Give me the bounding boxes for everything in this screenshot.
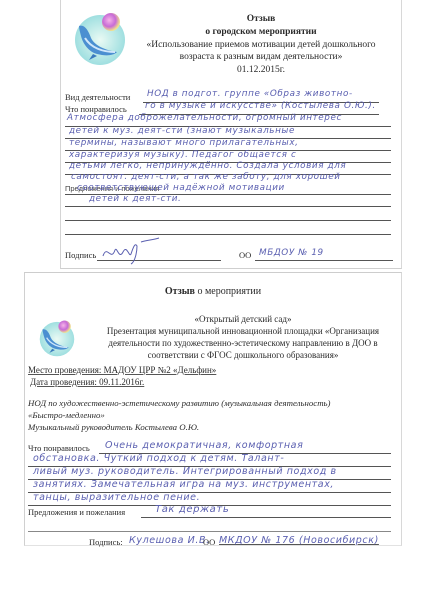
handwritten-line: Атмосфера доброжелательности, огромный и… — [67, 113, 342, 123]
presentation-line-2: деятельности по художественно-эстетическ… — [85, 337, 401, 349]
handwritten-suggestions: Так держать — [155, 504, 229, 515]
document-title: Отзыв — [165, 286, 195, 297]
handwritten-line: характеризуя музыку). Педагог общается с — [69, 150, 296, 160]
nod-description: НОД по художественно-эстетическому разви… — [28, 398, 330, 408]
handwritten-line: детей к деят-сти. — [89, 194, 181, 204]
handwritten-signature — [101, 236, 161, 266]
suggestions-line — [141, 517, 391, 518]
handwritten-line: соответствующей надёжной мотивации — [77, 183, 285, 193]
handwritten-signature: Кулешова И.В. — [129, 535, 210, 546]
document-title-rest: о мероприятии — [197, 286, 261, 297]
suggestions-label: Предложения и пожелания — [28, 507, 125, 517]
handwritten-line: Очень демократичная, комфортная — [105, 440, 303, 451]
handwritten-line: самостоят. деят-сти, а так же заботу, дл… — [71, 172, 341, 182]
handwritten-line: ливый муз. руководитель. Интегрированный… — [33, 466, 337, 477]
dolphin-with-ball-icon — [37, 317, 77, 357]
handwritten-line: термины, называют много прилагательных, — [69, 138, 299, 148]
handwritten-line: НОД в подгот. группе «Образ животно- — [147, 89, 353, 99]
handwritten-line: обстановка. Чуткий подход к детям. Талан… — [33, 453, 284, 464]
event-name-line-2: возраста к разным видам деятельности» — [131, 51, 391, 64]
event-date: Дата проведения: 09.11.2016г. — [30, 377, 144, 387]
nod-title: «Быстро-медленно» — [28, 410, 105, 420]
review-document-city-event: Отзыв о городском мероприятии «Использов… — [60, 0, 402, 269]
signature-label: Подпись — [65, 250, 96, 260]
liked-label: Что понравилось — [28, 443, 90, 453]
handwritten-organization: МБДОУ № 19 — [259, 248, 324, 258]
field-line — [65, 234, 391, 235]
event-date: 01.12.2015г. — [131, 64, 391, 77]
event-type: «Открытый детский сад» — [85, 313, 401, 325]
organization-line — [255, 260, 393, 261]
handwritten-line: танцы, выразительное пение. — [33, 492, 200, 503]
handwritten-organization: МКДОУ № 176 (Новосибирск) — [219, 535, 379, 546]
field-line — [65, 206, 391, 207]
organization-label: ОО — [239, 250, 251, 260]
presentation-line-1: Презентация муниципальной инновационной … — [85, 325, 401, 337]
dolphin-with-ball-icon — [71, 8, 129, 66]
field-line — [28, 531, 391, 532]
handwritten-line: детьми легко, непринуждённо. Создала усл… — [69, 161, 346, 171]
event-name-line-1: «Использование приемов мотивации детей д… — [131, 39, 391, 52]
organization-label: ОО — [203, 537, 215, 547]
handwritten-line: го в музыке и искусстве» (Костылева О.Ю.… — [145, 101, 376, 111]
document-subtitle: о городском мероприятии — [131, 26, 391, 39]
document-title: Отзыв — [131, 13, 391, 26]
handwritten-line: занятиях. Замечательная игра на муз. инс… — [33, 479, 334, 490]
signature-label: Подпись: — [89, 537, 123, 547]
venue: Место проведения: МАДОУ ЦРР №2 «Дельфин» — [28, 365, 216, 375]
activity-label: Вид деятельности — [65, 92, 130, 102]
presentation-line-3: соответствии с ФГОС дошкольного образова… — [85, 349, 401, 361]
review-document-open-kindergarten: Отзыв о мероприятии «Открытый детский са… — [24, 272, 402, 546]
music-teacher: Музыкальный руководитель Костылева О.Ю. — [28, 422, 199, 432]
field-line — [65, 220, 391, 221]
handwritten-line: детей к муз. деят-сти (знают музыкальные — [69, 126, 295, 136]
